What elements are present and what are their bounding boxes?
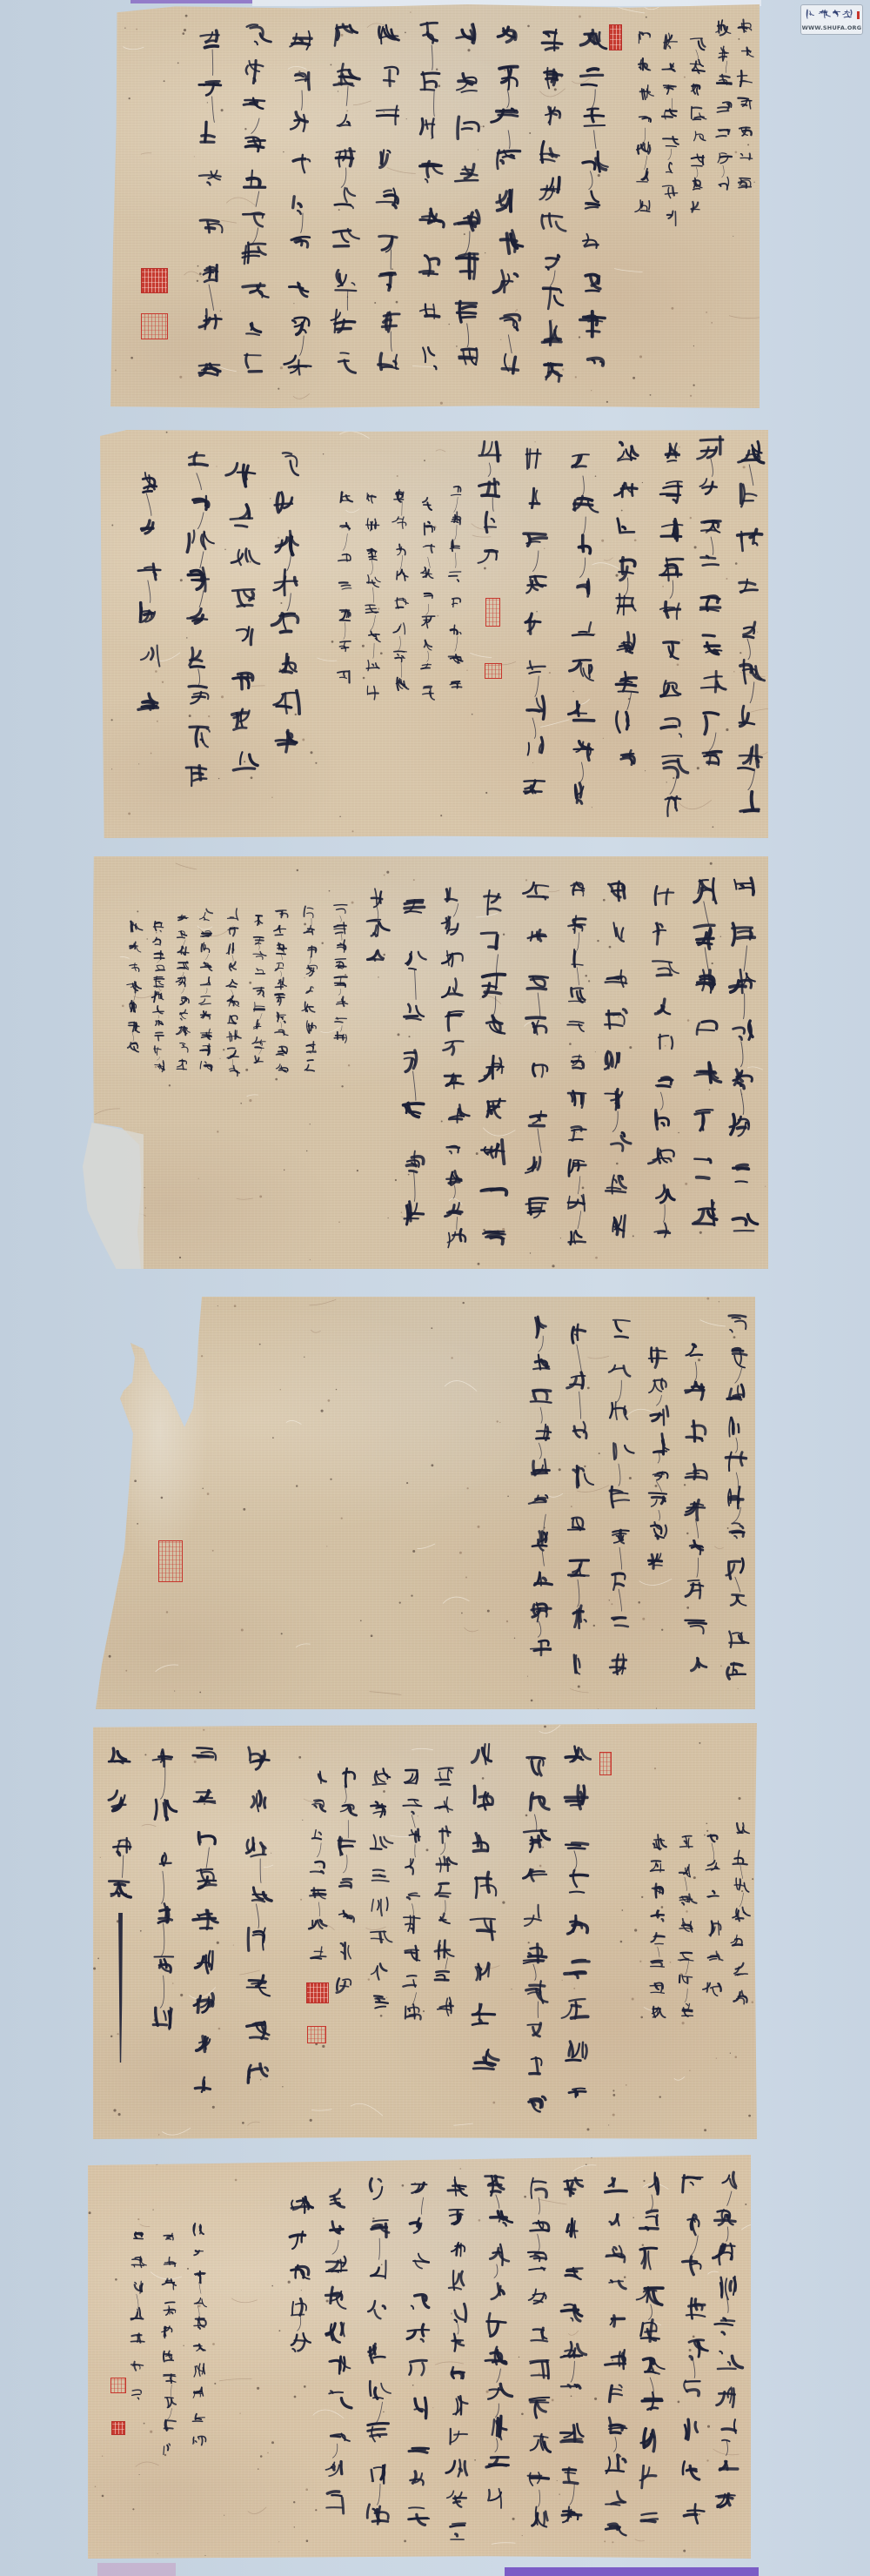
mount-edge-top <box>130 0 252 3</box>
watermark-url: WWW.SHUFA.ORG <box>801 24 862 31</box>
mount-edge-bottom <box>505 2567 759 2576</box>
calligraphy-panel-6 <box>88 2155 751 2559</box>
watermark-seal-icon <box>857 11 860 19</box>
faded-paper-area <box>111 1340 207 1566</box>
mount-edge-bott -left <box>97 2563 176 2576</box>
calligraphy-panel-1 <box>110 4 760 408</box>
calligraphy-panel-3 <box>87 856 768 1269</box>
calligraphy-panel-5 <box>93 1723 757 2139</box>
watermark-badge: 书法公社 WWW.SHUFA.ORG <box>800 4 863 35</box>
calligraphy-panel-4 <box>94 1297 755 1709</box>
torn-paper-flap <box>83 1123 144 1269</box>
watermark-logo: 书法公社 <box>806 9 856 19</box>
scroll-photograph: 落魄世辞爱任李 锡一路气轩溪涧 去耻浙汛吉白古情 河东青人慎到深宫 曰在坐东卧日… <box>0 0 870 2576</box>
calligraphy-panel-2 <box>100 430 768 838</box>
